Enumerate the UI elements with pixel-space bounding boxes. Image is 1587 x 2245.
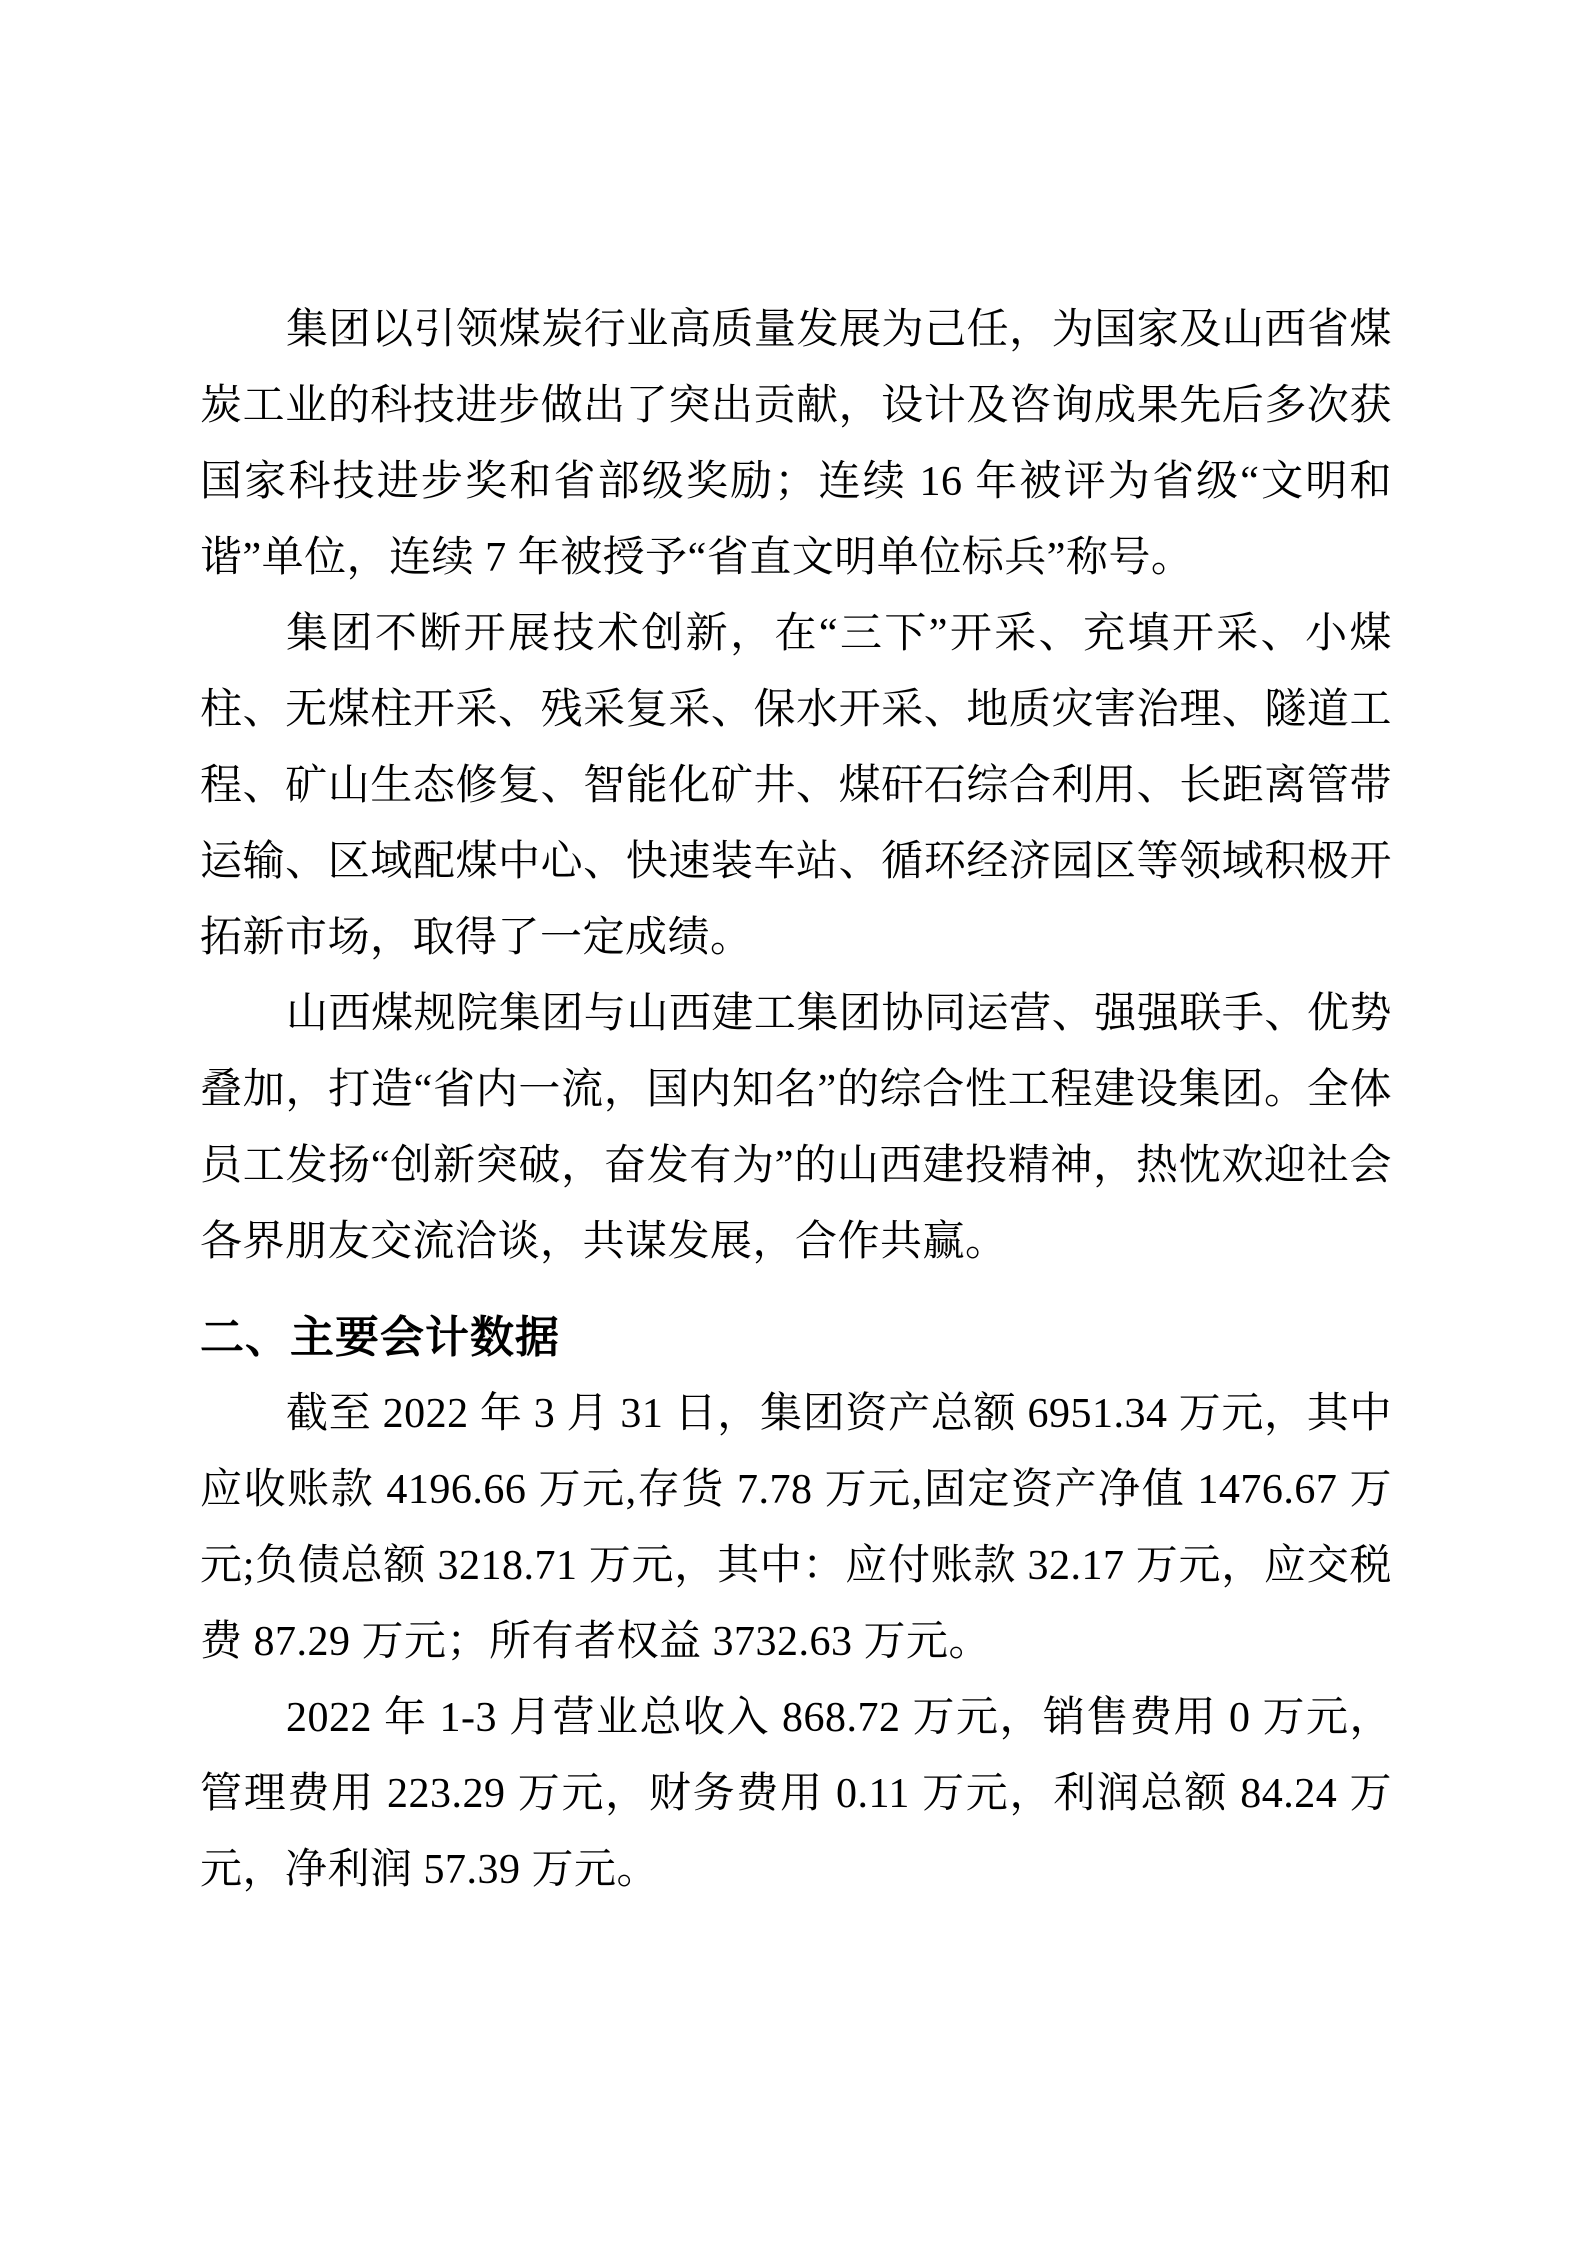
section-heading-accounting-data: 二、主要会计数据 bbox=[200, 1300, 1392, 1376]
paragraph-group-achievements: 集团以引领煤炭行业高质量发展为己任，为国家及山西省煤炭工业的科技进步做出了突出贡… bbox=[200, 292, 1392, 596]
document-page: 集团以引领煤炭行业高质量发展为己任，为国家及山西省煤炭工业的科技进步做出了突出贡… bbox=[0, 0, 1587, 2245]
paragraph-income-statement: 2022 年 1-3 月营业总收入 868.72 万元，销售费用 0 万元，管理… bbox=[200, 1680, 1392, 1908]
paragraph-technical-innovation: 集团不断开展技术创新，在“三下”开采、充填开采、小煤柱、无煤柱开采、残采复采、保… bbox=[200, 596, 1392, 976]
paragraph-cooperation: 山西煤规院集团与山西建工集团协同运营、强强联手、优势叠加，打造“省内一流，国内知… bbox=[200, 976, 1392, 1280]
paragraph-balance-sheet: 截至 2022 年 3 月 31 日，集团资产总额 6951.34 万元，其中应… bbox=[200, 1376, 1392, 1680]
document-body: 集团以引领煤炭行业高质量发展为己任，为国家及山西省煤炭工业的科技进步做出了突出贡… bbox=[200, 292, 1392, 1908]
